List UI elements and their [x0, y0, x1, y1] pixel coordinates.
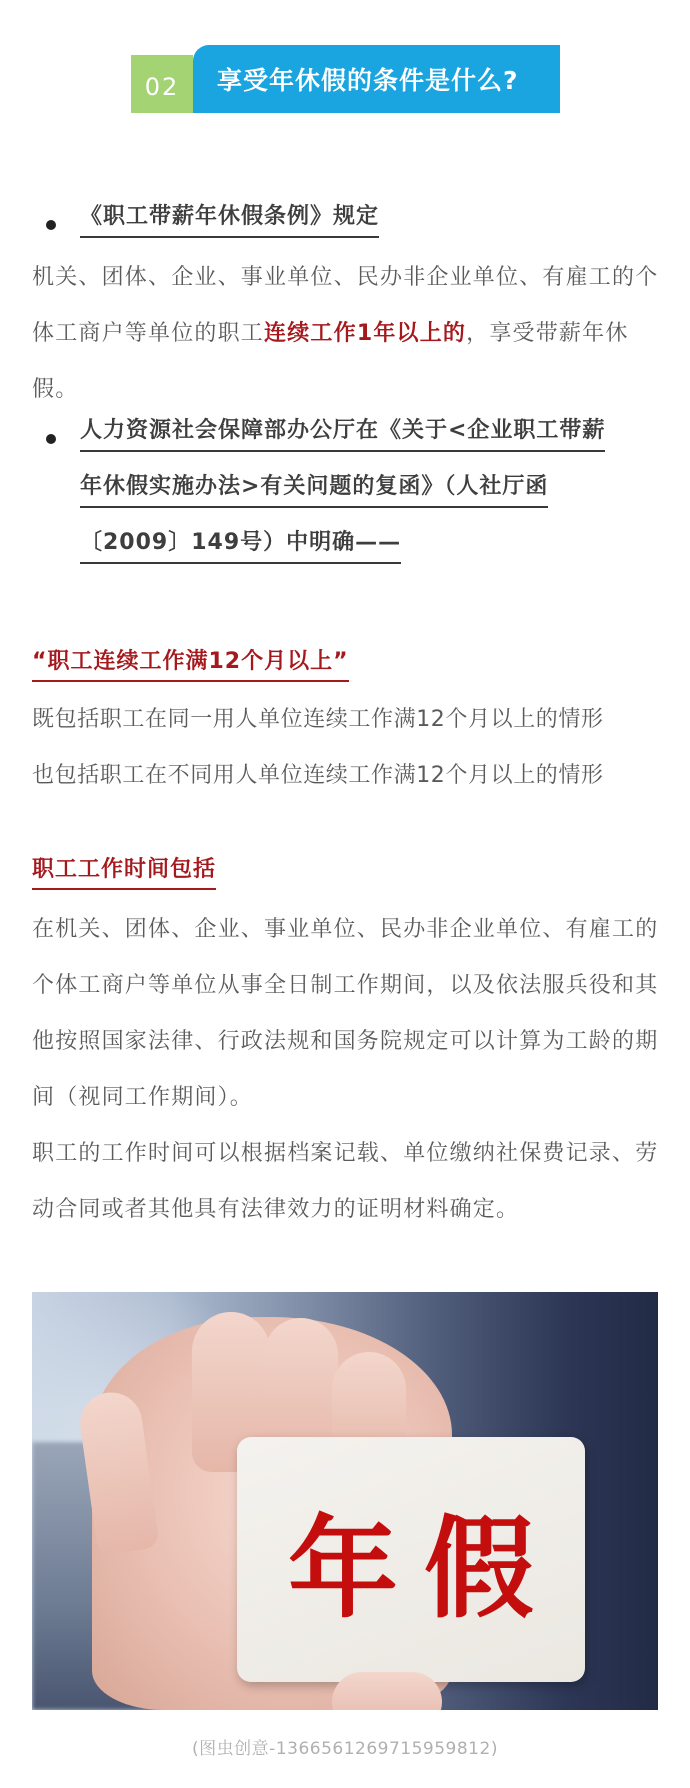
bullet-dot-icon [46, 220, 56, 230]
bullet-line-3: 〔2009〕149号）中明确—— [80, 524, 401, 564]
heading-continuous-work: “职工连续工作满12个月以上” [32, 644, 349, 682]
bullet-line-2: 年休假实施办法>有关问题的复函》（人社厅函 [80, 468, 548, 508]
bullet-dot-icon [46, 434, 56, 444]
section-title: 享受年休假的条件是什么? [193, 45, 560, 113]
photo-card-text: 年假 [262, 1481, 560, 1639]
annual-leave-photo: 年假 [32, 1292, 658, 1710]
paragraph-work-time-proof: 职工的工作时间可以根据档案记载、单位缴纳社保费记录、劳动合同或者其他具有法律效力… [32, 1126, 662, 1238]
bullet-line-1: 人力资源社会保障部办公厅在《关于<企业职工带薪 [80, 412, 605, 452]
bullet-regulation-title: 《职工带薪年休假条例》规定 [80, 198, 379, 238]
emphasis-text: 连续工作1年以上的 [264, 321, 466, 346]
continuous-work-line-1: 既包括职工在同一用人单位连续工作满12个月以上的情形 [32, 692, 662, 748]
photo-card: 年假 [237, 1437, 585, 1682]
paragraph-work-time: 在机关、团体、企业、事业单位、民办非企业单位、有雇工的个体工商户等单位从事全日制… [32, 902, 662, 1126]
heading-work-time: 职工工作时间包括 [32, 852, 216, 890]
section-header: 02 享受年休假的条件是什么? [131, 45, 561, 113]
paragraph-eligibility: 机关、团体、企业、事业单位、民办非企业单位、有雇工的个体工商户等单位的职工连续工… [32, 250, 662, 418]
section-number-badge: 02 [131, 55, 193, 113]
photo-credit-caption: (图虫创意-136656126971595981​2) [0, 1734, 690, 1759]
paragraph-continuous-work: 既包括职工在同一用人单位连续工作满12个月以上的情形 也包括职工在不同用人单位连… [32, 692, 662, 804]
continuous-work-line-2: 也包括职工在不同用人单位连续工作满12个月以上的情形 [32, 748, 662, 804]
photo-thumb-bottom [332, 1672, 442, 1710]
